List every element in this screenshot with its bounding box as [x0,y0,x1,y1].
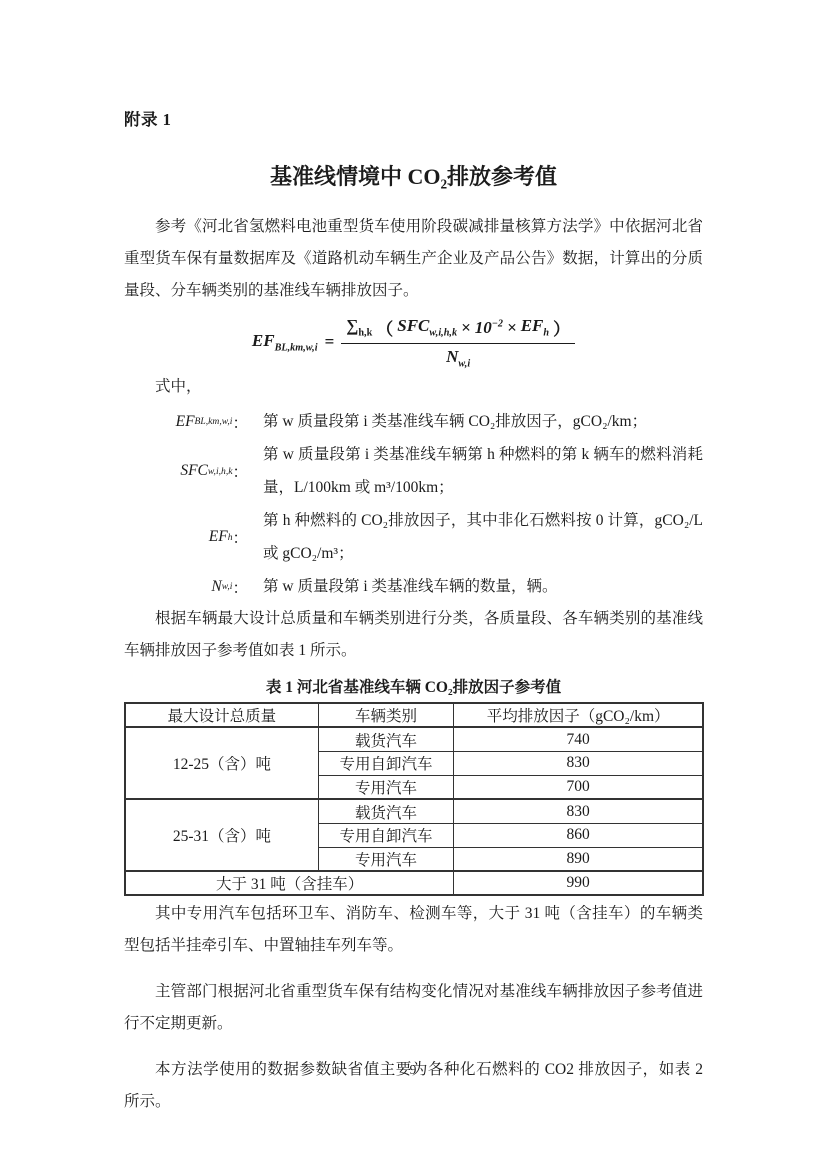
header-vehicle-type: 车辆类别 [318,703,453,727]
classification-paragraph: 根据车辆最大设计总质量和车辆类别进行分类，各质量段、各车辆类别的基准线车辆排放因… [124,603,703,667]
definition-row-ef-h: EFh： 第 h 种燃料的 CO₂排放因子，其中非化石燃料按 0 计算，gCO₂… [124,504,703,570]
sfc-term: SFCw,i,h,k [397,316,457,338]
document-page: 附录 1 基准线情境中 CO₂排放参考值 参考《河北省氢燃料电池重型货车使用阶段… [0,0,826,1169]
appendix-label: 附录 1 [124,106,703,130]
power-term: 10−2 [475,318,503,338]
table-row: 25-31（含）吨 载货汽车 830 [125,799,703,823]
value-cell: 860 [454,823,703,847]
mass-cell: 25-31（含）吨 [125,799,318,871]
vehicle-type-cell: 载货汽车 [318,799,453,823]
emission-factor-formula: EFBL,km,w,i = ∑h,k （ SFCw,i,h,k × 10−2 ×… [124,315,703,369]
vehicle-type-cell: 专用汽车 [318,847,453,871]
table-header-row: 最大设计总质量 车辆类别 平均排放因子（gCO₂/km） [125,703,703,727]
table-footer-row: 大于 31 吨（含挂车） 990 [125,871,703,895]
definition-desc: 第 w 质量段第 i 类基准线车辆第 h 种燃料的第 k 辆车的燃料消耗量，L/… [248,438,703,504]
footer-label-cell: 大于 31 吨（含挂车） [125,871,454,895]
value-cell: 830 [454,799,703,823]
table-row: 12-25（含）吨 载货汽车 740 [125,727,703,751]
value-cell: 740 [454,727,703,751]
definition-row-n: Nw,i： 第 w 质量段第 i 类基准线车辆的数量，辆。 [124,570,703,603]
mass-cell: 12-25（含）吨 [125,727,318,799]
intro-paragraph: 参考《河北省氢燃料电池重型货车使用阶段碳减排量核算方法学》中依据河北省重型货车保… [124,211,703,307]
ef-term: EFh [521,316,549,338]
page-title: 基准线情境中 CO₂排放参考值 [124,160,703,191]
vehicle-type-cell: 专用汽车 [318,775,453,799]
formula-numerator: ∑h,k （ SFCw,i,h,k × 10−2 × EFh ） [341,315,575,344]
value-cell: 830 [454,751,703,775]
formula-denominator: Nw,i [446,344,470,369]
formula-lhs: EFBL,km,w,i [252,331,318,353]
definition-row-ef-bl: EFBL,km,w,i： 第 w 质量段第 i 类基准线车辆 CO₂排放因子，g… [124,405,703,438]
sum-symbol: ∑h,k [346,316,372,338]
definition-row-sfc: SFCw,i,h,k： 第 w 质量段第 i 类基准线车辆第 h 种燃料的第 k… [124,438,703,504]
vehicle-type-cell: 专用自卸汽车 [318,751,453,775]
definition-term: EFh： [124,526,248,548]
formula-equals: = [325,332,335,352]
value-cell: 700 [454,775,703,799]
definition-term: EFBL,km,w,i： [124,411,248,433]
note-paragraph: 其中专用汽车包括环卫车、消防车、检测车等，大于 31 吨（含挂车）的车辆类型包括… [124,898,703,962]
page-number: 9 [0,1062,826,1078]
close-paren: ） [553,315,570,340]
vehicle-type-cell: 专用自卸汽车 [318,823,453,847]
times-sign: × [461,318,471,338]
where-label: 式中， [124,371,703,403]
header-emission-factor: 平均排放因子（gCO₂/km） [454,703,703,727]
formula-fraction: ∑h,k （ SFCw,i,h,k × 10−2 × EFh ） Nw,i [341,315,575,369]
value-cell: 890 [454,847,703,871]
definition-list: EFBL,km,w,i： 第 w 质量段第 i 类基准线车辆 CO₂排放因子，g… [124,405,703,603]
update-paragraph: 主管部门根据河北省重型货车保有结构变化情况对基准线车辆排放因子参考值进行不定期更… [124,976,703,1040]
open-paren: （ [376,315,393,340]
emission-factor-table: 最大设计总质量 车辆类别 平均排放因子（gCO₂/km） 12-25（含）吨 载… [124,702,704,896]
vehicle-type-cell: 载货汽车 [318,727,453,751]
header-mass: 最大设计总质量 [125,703,318,727]
definition-term: Nw,i： [124,576,248,598]
table-caption: 表 1 河北省基准线车辆 CO₂排放因子参考值 [124,675,703,697]
definition-desc: 第 w 质量段第 i 类基准线车辆 CO₂排放因子，gCO₂/km； [248,405,703,438]
definition-desc: 第 h 种燃料的 CO₂排放因子，其中非化石燃料按 0 计算，gCO₂/L 或 … [248,504,703,570]
times-sign: × [507,318,517,338]
definition-desc: 第 w 质量段第 i 类基准线车辆的数量，辆。 [248,570,703,603]
definition-term: SFCw,i,h,k： [124,460,248,482]
value-cell: 990 [454,871,703,895]
